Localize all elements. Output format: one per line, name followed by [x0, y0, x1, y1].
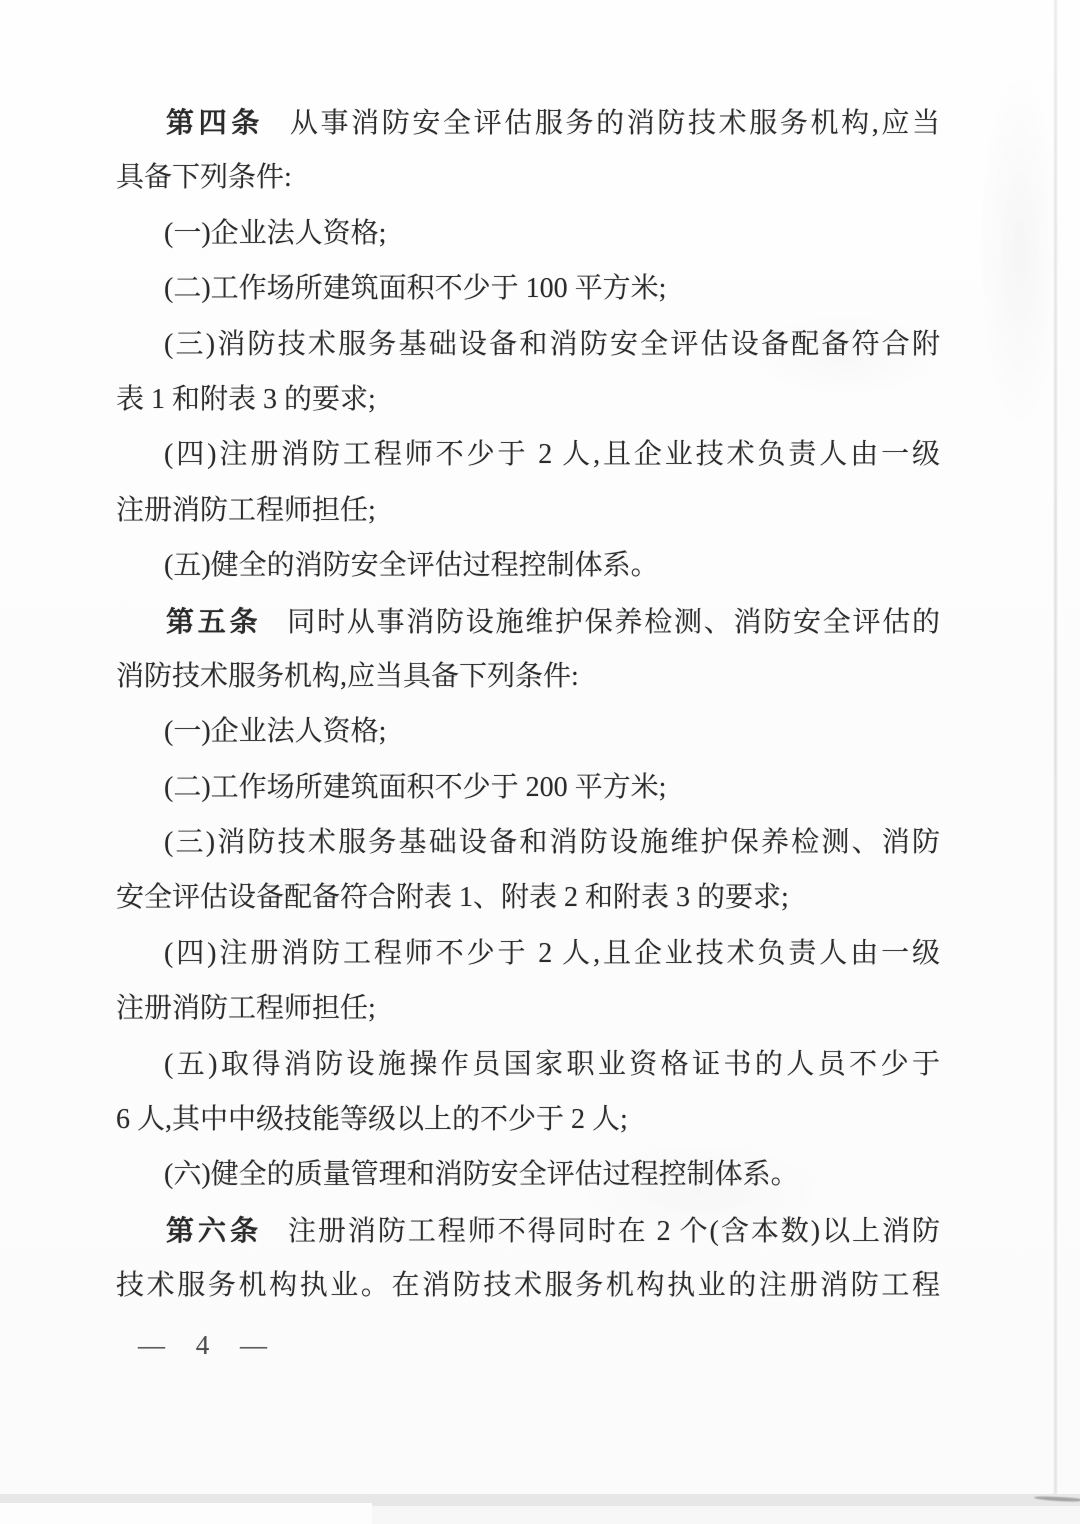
text-line: (五)取得消防设施操作员国家职业资格证书的人员不少于: [116, 1037, 940, 1092]
text-line: (一)企业法人资格;: [116, 206, 940, 261]
text-line: 安全评估设备配备符合附表 1、附表 2 和附表 3 的要求;: [116, 870, 940, 925]
article-lead-text: 同时从事消防设施维护保养检测、消防安全评估的: [287, 607, 940, 638]
text-line: (四)注册消防工程师不少于 2 人,且企业技术负责人由一级: [116, 926, 940, 981]
text-line: (三)消防技术服务基础设备和消防安全评估设备配备符合附: [116, 317, 940, 372]
text-line: 第四条从事消防安全评估服务的消防技术服务机构,应当: [116, 95, 940, 150]
text-line: 注册消防工程师担任;: [116, 483, 940, 538]
text-line: (三)消防技术服务基础设备和消防设施维护保养检测、消防: [116, 815, 940, 870]
article-lead-text: 注册消防工程师不得同时在 2 个(含本数)以上消防: [288, 1216, 940, 1247]
article-lead-text: 从事消防安全评估服务的消防技术服务机构,应当: [290, 108, 940, 139]
text-line: 第六条注册消防工程师不得同时在 2 个(含本数)以上消防: [116, 1203, 940, 1258]
text-line: (四)注册消防工程师不少于 2 人,且企业技术负责人由一级: [116, 427, 940, 482]
text-line: 表 1 和附表 3 的要求;: [116, 372, 940, 427]
scan-bottom-strip-left: [0, 1503, 372, 1524]
text-line: (二)工作场所建筑面积不少于 100 平方米;: [116, 261, 940, 316]
text-line: (一)企业法人资格;: [116, 704, 940, 759]
text-line: (五)健全的消防安全评估过程控制体系。: [116, 538, 940, 593]
text-line: 第五条同时从事消防设施维护保养检测、消防安全评估的: [116, 594, 940, 649]
text-line: 具备下列条件:: [116, 150, 940, 205]
text-line: 注册消防工程师担任;: [116, 981, 940, 1036]
page-number: — 4 —: [138, 1318, 279, 1373]
scanned-document-page: 第四条从事消防安全评估服务的消防技术服务机构,应当具备下列条件:(一)企业法人资…: [0, 0, 1080, 1524]
document-lines: 第四条从事消防安全评估服务的消防技术服务机构,应当具备下列条件:(一)企业法人资…: [116, 95, 940, 1314]
text-line: 技术服务机构执业。在消防技术服务机构执业的注册消防工程: [116, 1258, 940, 1313]
paper-edge-line: [1054, 0, 1057, 1498]
article-heading: 第六条: [166, 1215, 262, 1246]
text-line: (六)健全的质量管理和消防安全评估过程控制体系。: [116, 1147, 940, 1202]
article-heading: 第四条: [166, 107, 264, 138]
text-line: 消防技术服务机构,应当具备下列条件:: [116, 649, 940, 704]
article-heading: 第五条: [166, 606, 261, 637]
text-line: 6 人,其中中级技能等级以上的不少于 2 人;: [116, 1092, 940, 1147]
text-line: (二)工作场所建筑面积不少于 200 平方米;: [116, 760, 940, 815]
